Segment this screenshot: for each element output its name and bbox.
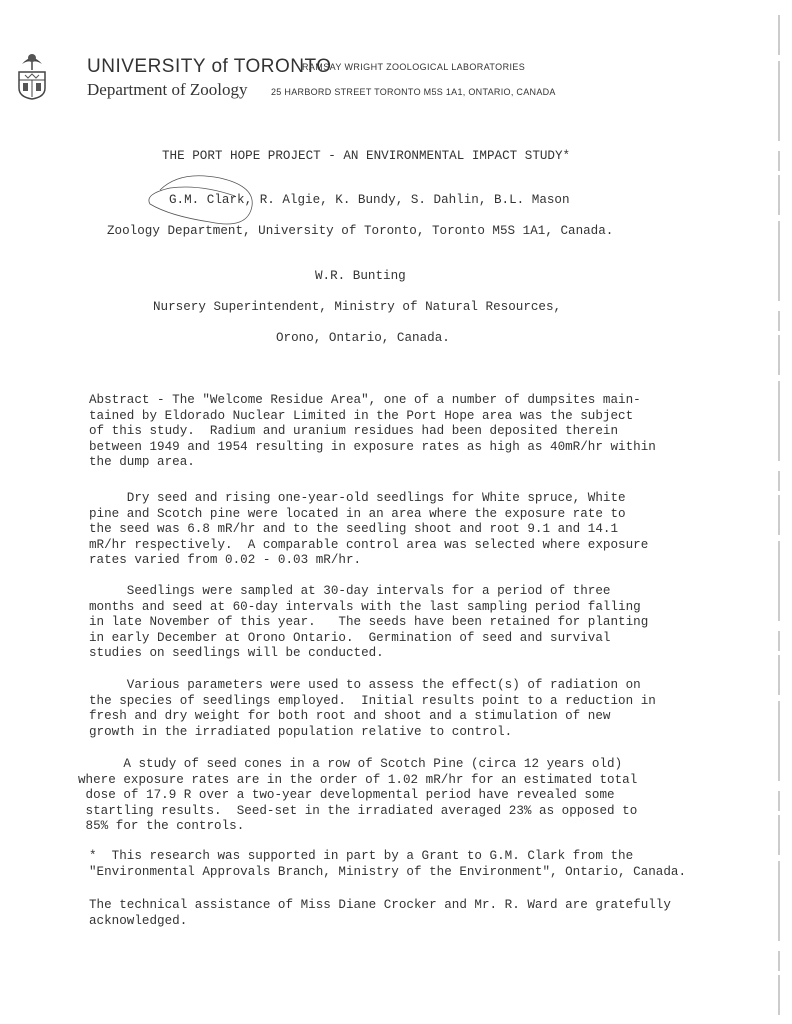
university-name: UNIVERSITY of TORONTO (87, 56, 332, 78)
footnote: * This research was supported in part by… (89, 849, 686, 880)
second-author: W.R. Bunting (315, 269, 406, 285)
author-affiliation: Zoology Department, University of Toront… (107, 224, 613, 240)
body-paragraph-parameters: Various parameters were used to assess t… (89, 678, 656, 740)
department-name: Department of Zoology (87, 80, 248, 100)
second-affiliation-line-1: Nursery Superintendent, Ministry of Natu… (153, 300, 561, 316)
abstract-paragraph: Abstract - The "Welcome Residue Area", o… (89, 393, 656, 471)
university-crest-icon (14, 50, 50, 100)
author-list: G.M. Clark, R. Algie, K. Bundy, S. Dahli… (169, 193, 570, 209)
scan-edge-artifact (778, 15, 780, 1015)
acknowledgement: The technical assistance of Miss Diane C… (89, 898, 671, 929)
laboratories-name: RAMSAY WRIGHT ZOOLOGICAL LABORATORIES (302, 62, 525, 72)
body-paragraph-seedlings: Dry seed and rising one-year-old seedlin… (89, 491, 648, 569)
second-affiliation-line-2: Orono, Ontario, Canada. (276, 331, 450, 347)
body-paragraph-sampling: Seedlings were sampled at 30-day interva… (89, 584, 648, 662)
body-paragraph-seed-cones: A study of seed cones in a row of Scotch… (78, 757, 637, 835)
department-address: 25 HARBORD STREET TORONTO M5S 1A1, ONTAR… (271, 87, 556, 97)
